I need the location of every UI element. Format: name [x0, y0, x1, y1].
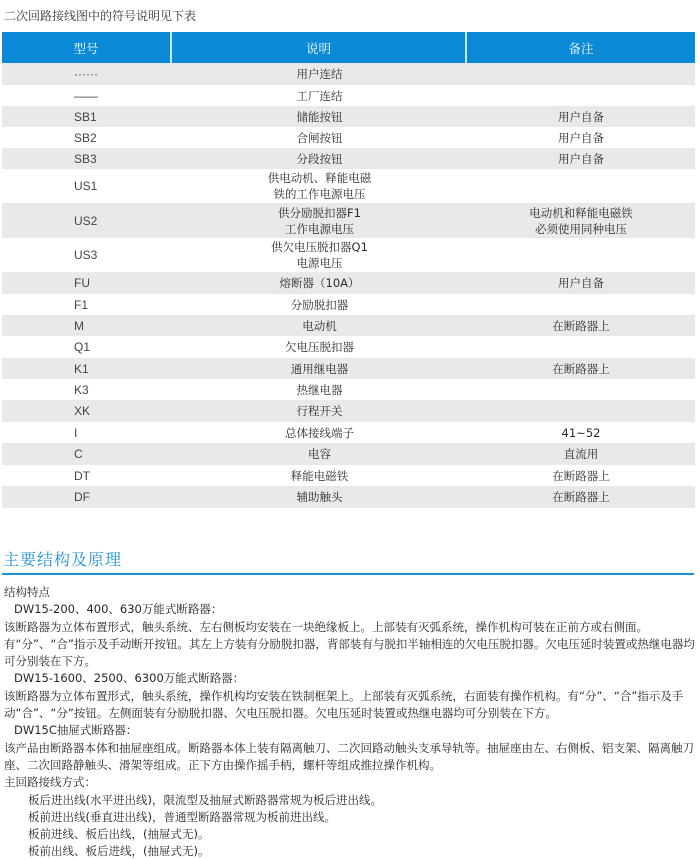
table-row: C电容直流用 — [2, 443, 695, 465]
table-row: DT释能电磁铁在断路器上 — [2, 465, 695, 486]
table-row: US3供欠电压脱扣器Q1 电源电压 — [2, 238, 695, 272]
cell-model: —— — [2, 85, 172, 106]
paragraph: 该产品由断路器本体和抽屉座组成。断路器本体上装有隔离触刀、二次回路动触头支承导轨… — [4, 740, 696, 775]
cell-description: 热继电器 — [172, 379, 467, 400]
symbol-table: 型号 说明 备注 ······用户连结——工厂连结SB1储能按钮用户自备SB2合… — [2, 32, 695, 508]
paragraph: 板前进出线(垂直进出线)，普通型断路器常规为板前进出线。 — [4, 809, 696, 826]
cell-description: 分励脱扣器 — [172, 294, 467, 315]
cell-remark: 在断路器上 — [467, 358, 695, 379]
cell-model: XK — [2, 400, 172, 422]
cell-remark — [467, 238, 695, 272]
cell-model: I — [2, 422, 172, 443]
cell-model: US1 — [2, 169, 172, 203]
cell-remark — [467, 336, 695, 358]
paragraph: 板前出线、板后进线，(抽屉式无)。 — [4, 843, 696, 859]
cell-description: 工厂连结 — [172, 85, 467, 106]
cell-description: 供欠电压脱扣器Q1 电源电压 — [172, 238, 467, 272]
cell-description: 行程开关 — [172, 400, 467, 422]
paragraph: DW15-200、400、630万能式断路器： — [4, 601, 696, 618]
cell-remark — [467, 379, 695, 400]
cell-description: 合闸按钮 — [172, 127, 467, 148]
table-row: M电动机在断路器上 — [2, 315, 695, 336]
table-row: ——工厂连结 — [2, 85, 695, 106]
cell-model: SB2 — [2, 127, 172, 148]
cell-remark: 用户自备 — [467, 272, 695, 294]
paragraph: 板前进线、板后出线，(抽屉式无)。 — [4, 826, 696, 843]
cell-remark — [467, 169, 695, 203]
cell-description: 通用继电器 — [172, 358, 467, 379]
paragraph: DW15-1600、2500、6300万能式断路器： — [4, 670, 696, 687]
cell-description: 欠电压脱扣器 — [172, 336, 467, 358]
paragraph: 该断路器为立体布置形式，触头系统，操作机构均安装在铁制框架上。上部装有灭弧系统，… — [4, 688, 696, 723]
cell-description: 电容 — [172, 443, 467, 465]
cell-description: 总体接线端子 — [172, 422, 467, 443]
table-row: F1分励脱扣器 — [2, 294, 695, 315]
section-divider — [2, 573, 694, 575]
cell-model: DF — [2, 486, 172, 508]
cell-remark: 用户自备 — [467, 127, 695, 148]
cell-description: 电动机 — [172, 315, 467, 336]
table-row: ······用户连结 — [2, 63, 695, 85]
cell-model: US3 — [2, 238, 172, 272]
table-row: US1供电动机、释能电磁 铁的工作电源电压 — [2, 169, 695, 203]
cell-model: C — [2, 443, 172, 465]
cell-remark: 用户自备 — [467, 106, 695, 127]
cell-remark: 在断路器上 — [467, 315, 695, 336]
cell-model: SB3 — [2, 148, 172, 169]
table-row: SB2合闸按钮用户自备 — [2, 127, 695, 148]
cell-model: F1 — [2, 294, 172, 315]
cell-remark: 在断路器上 — [467, 465, 695, 486]
cell-model: M — [2, 315, 172, 336]
cell-remark: 电动机和释能电磁铁 必须使用同种电压 — [467, 203, 695, 238]
cell-model: US2 — [2, 203, 172, 238]
cell-description: 熔断器（10A） — [172, 272, 467, 294]
section-body: 结构特点DW15-200、400、630万能式断路器：该断路器为立体布置形式，触… — [4, 584, 696, 859]
cell-description: 分段按钮 — [172, 148, 467, 169]
cell-remark — [467, 85, 695, 106]
table-body: ······用户连结——工厂连结SB1储能按钮用户自备SB2合闸按钮用户自备SB… — [2, 63, 695, 508]
cell-remark: 41~52 — [467, 422, 695, 443]
table-row: SB3分段按钮用户自备 — [2, 148, 695, 169]
table-row: K3热继电器 — [2, 379, 695, 400]
paragraph: 结构特点 — [4, 584, 696, 601]
cell-model: ······ — [2, 63, 172, 85]
cell-remark — [467, 63, 695, 85]
header-remark: 备注 — [467, 32, 695, 63]
paragraph: 板后进出线(水平进出线)，限流型及抽屉式断路器常规为板后进出线。 — [4, 792, 696, 809]
table-row: DF辅助触头在断路器上 — [2, 486, 695, 508]
cell-remark: 在断路器上 — [467, 486, 695, 508]
header-model: 型号 — [2, 32, 172, 63]
cell-description: 供电动机、释能电磁 铁的工作电源电压 — [172, 169, 467, 203]
paragraph: 该断路器为立体布置形式，触头系统、左右侧板均安装在一块绝缘板上。上部装有灭弧系统… — [4, 619, 696, 671]
table-row: US2供分励脱扣器F1 工作电源电压电动机和释能电磁铁 必须使用同种电压 — [2, 203, 695, 238]
table-row: K1通用继电器在断路器上 — [2, 358, 695, 379]
paragraph: 主回路接线方式： — [4, 774, 696, 791]
cell-remark: 直流用 — [467, 443, 695, 465]
paragraph: DW15C抽屉式断路器： — [4, 722, 696, 739]
table-row: I总体接线端子41~52 — [2, 422, 695, 443]
cell-model: K1 — [2, 358, 172, 379]
cell-description: 释能电磁铁 — [172, 465, 467, 486]
header-description: 说明 — [172, 32, 467, 63]
table-header: 型号 说明 备注 — [2, 32, 695, 63]
cell-description: 用户连结 — [172, 63, 467, 85]
cell-remark — [467, 400, 695, 422]
cell-description: 辅助触头 — [172, 486, 467, 508]
section-title: 主要结构及原理 — [3, 547, 122, 570]
table-row: Q1欠电压脱扣器 — [2, 336, 695, 358]
table-row: SB1储能按钮用户自备 — [2, 106, 695, 127]
table-row: FU熔断器（10A）用户自备 — [2, 272, 695, 294]
cell-model: Q1 — [2, 336, 172, 358]
cell-description: 供分励脱扣器F1 工作电源电压 — [172, 203, 467, 238]
cell-remark: 用户自备 — [467, 148, 695, 169]
cell-model: K3 — [2, 379, 172, 400]
cell-model: SB1 — [2, 106, 172, 127]
table-caption: 二次回路接线图中的符号说明见下表 — [4, 7, 196, 24]
cell-description: 储能按钮 — [172, 106, 467, 127]
table-row: XK行程开关 — [2, 400, 695, 422]
cell-model: FU — [2, 272, 172, 294]
cell-model: DT — [2, 465, 172, 486]
cell-remark — [467, 294, 695, 315]
